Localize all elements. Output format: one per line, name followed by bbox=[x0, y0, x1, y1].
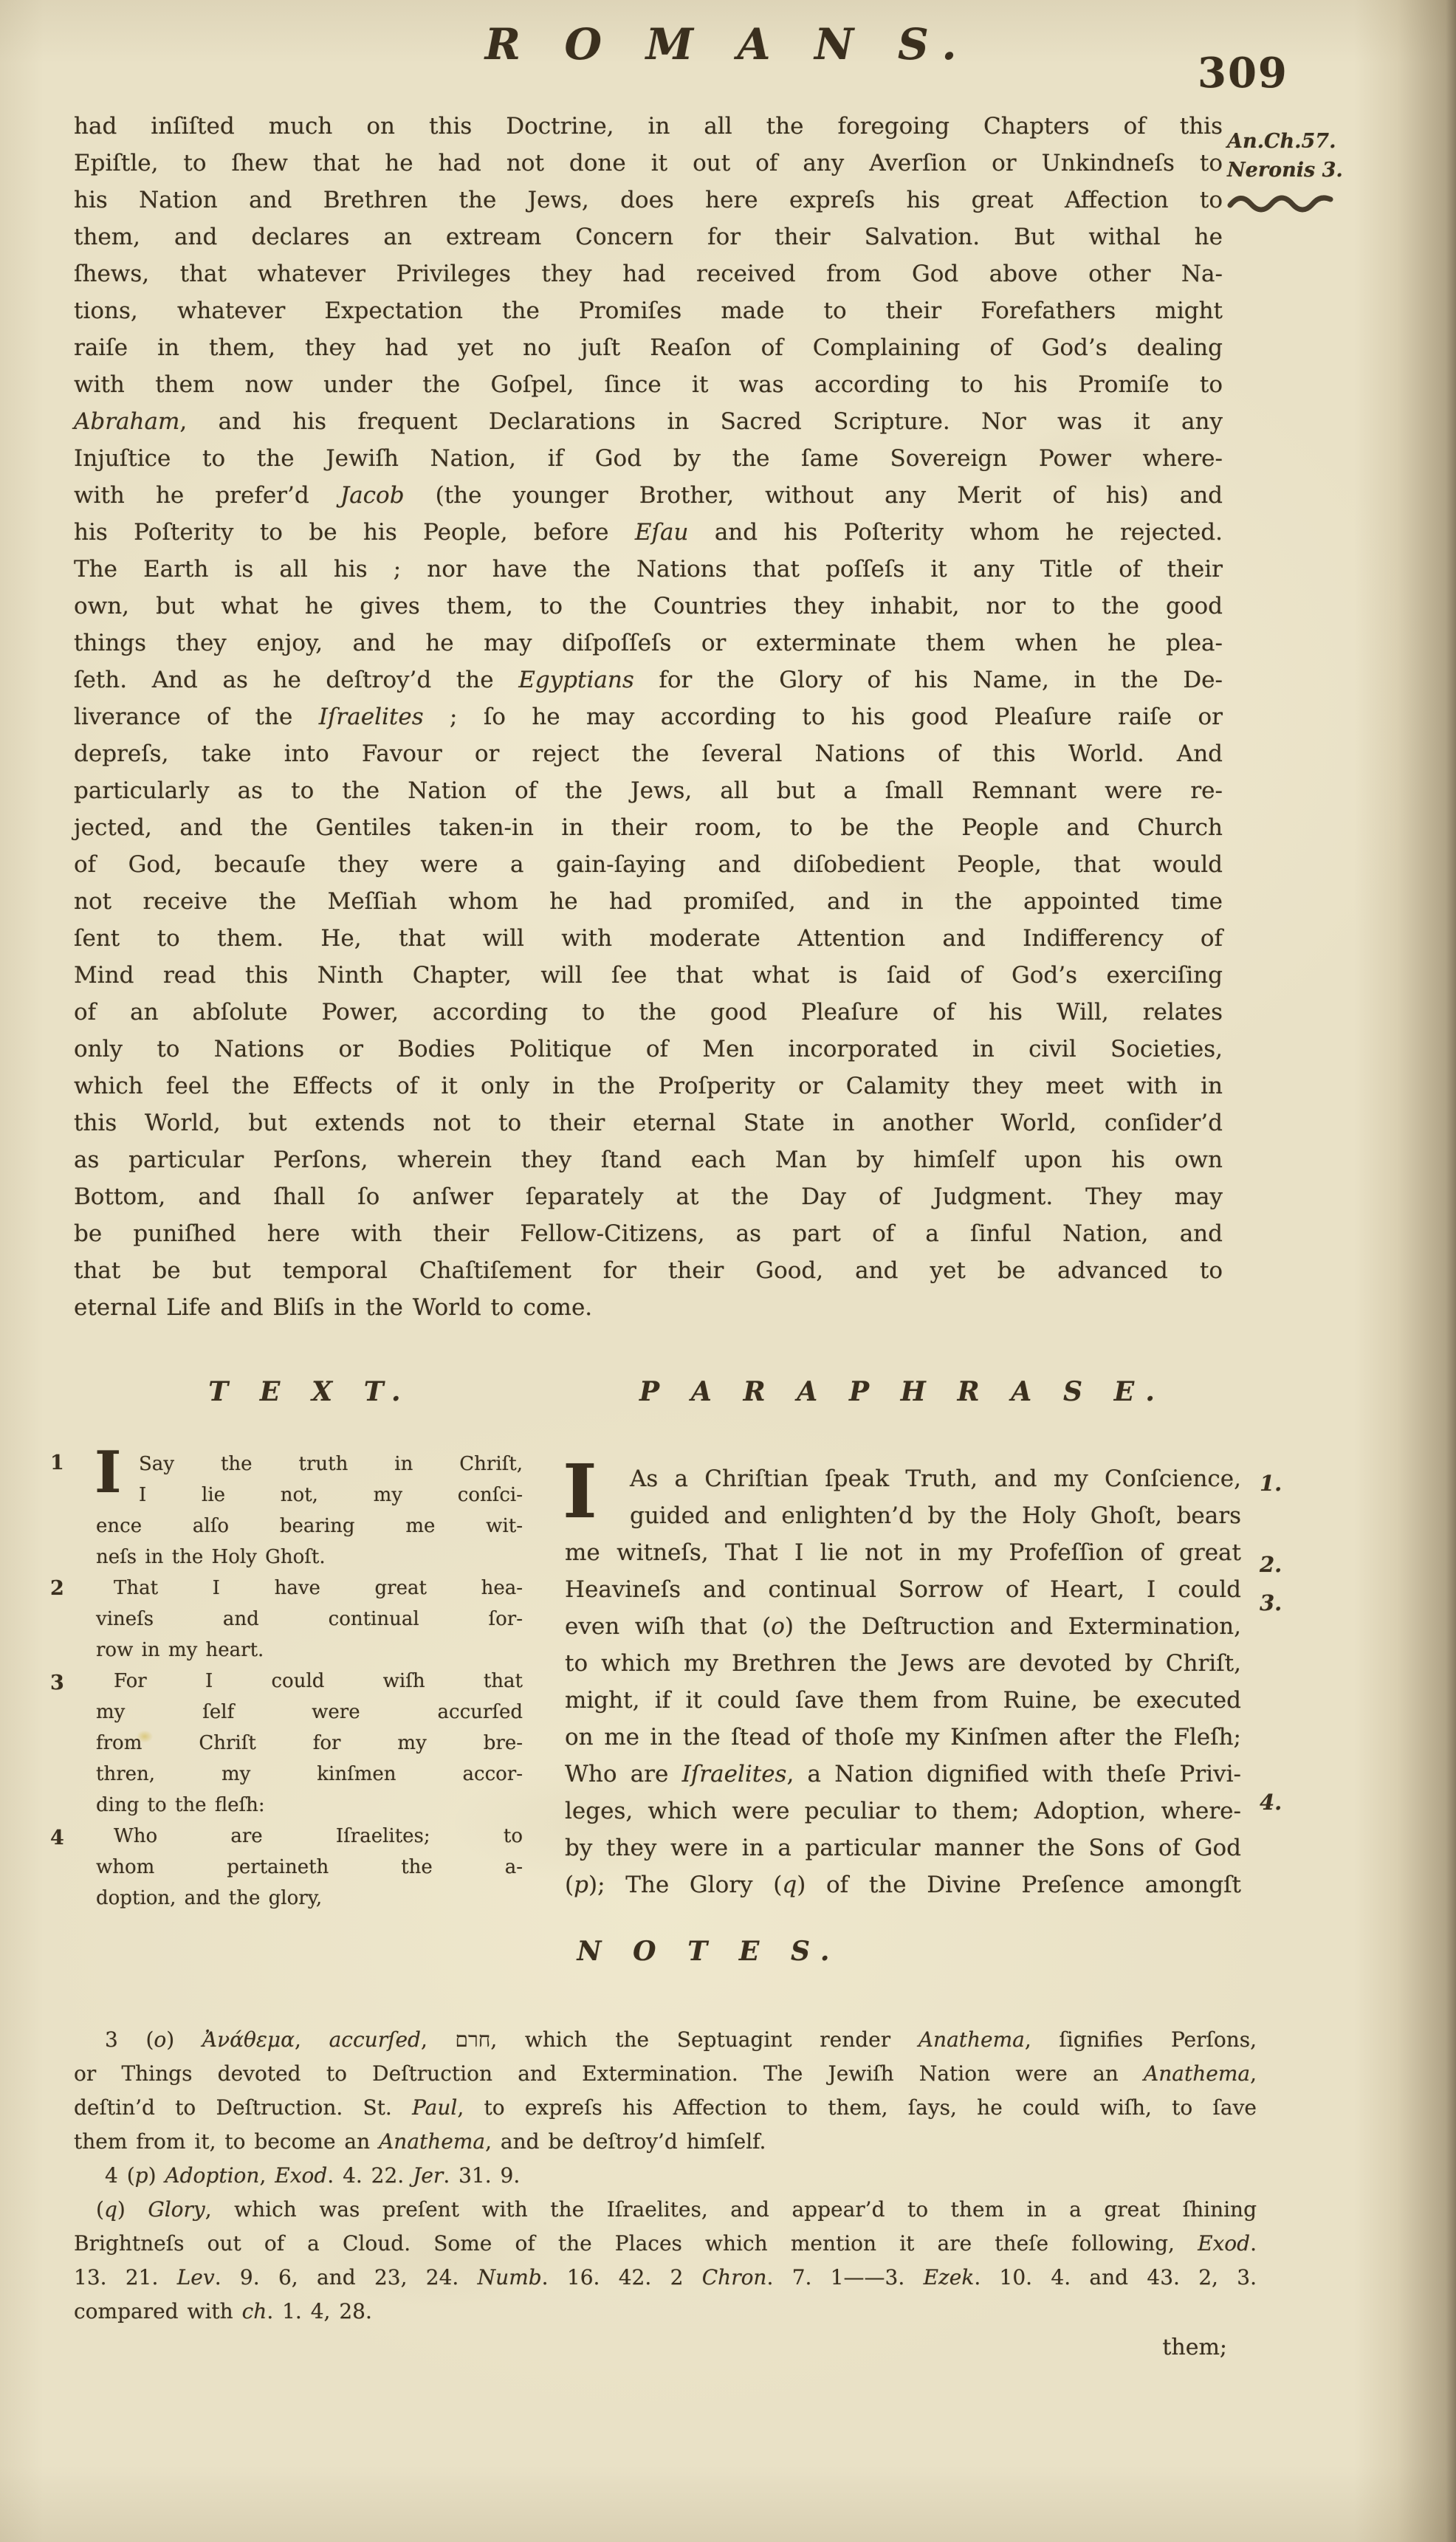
text-line: leges, which were peculiar to them; Adop… bbox=[565, 1793, 1241, 1830]
book-page: R O M A N S. 309 An.Ch.57. Neronis 3. ha… bbox=[0, 0, 1456, 2542]
text-line: I lie not, my conſci- bbox=[96, 1480, 523, 1511]
text-line: on me in the ſtead of thoſe my Kinſmen a… bbox=[565, 1719, 1241, 1756]
text-line: them, and declares an extream Concern fo… bbox=[74, 219, 1223, 255]
text-line: ſhews, that whatever Privileges they had… bbox=[74, 255, 1223, 292]
text-line: neſs in the Holy Ghoſt. bbox=[96, 1542, 523, 1573]
verse-number: 1 bbox=[50, 1452, 64, 1474]
verse-number: 2. bbox=[1260, 1552, 1282, 1577]
text-line: 13. 21. Lev. 9. 6, and 23, 24. Numb. 16.… bbox=[74, 2261, 1257, 2295]
text-line: which feel the Effects of it only in the… bbox=[74, 1068, 1223, 1105]
intro-paragraph: had inſiſted much on this Doctrine, in a… bbox=[74, 108, 1223, 1326]
verse-number: 3. bbox=[1260, 1590, 1282, 1615]
text-line: The Earth is all his ; nor have the Nati… bbox=[74, 551, 1223, 588]
text-line: Abraham, and his frequent Declarations i… bbox=[74, 403, 1223, 440]
text-line: Mind read this Ninth Chapter, will ſee t… bbox=[74, 957, 1223, 994]
text-line: Epiſtle, to ſhew that he had not done it… bbox=[74, 145, 1223, 182]
text-line: That I have great hea- bbox=[96, 1573, 523, 1604]
text-line: jected, and the Gentiles taken-in in the… bbox=[74, 809, 1223, 846]
text-line: with them now under the Goſpel, ſince it… bbox=[74, 366, 1223, 403]
text-line: even wiſh that (o) the Deſtruction and E… bbox=[565, 1608, 1241, 1645]
flourish-squiggle-icon bbox=[1226, 190, 1344, 219]
text-line: doption, and the glory, bbox=[96, 1883, 523, 1914]
text-line: 4 (p) Adoption, Exod. 4. 22. Jer. 31. 9. bbox=[74, 2159, 1257, 2193]
notes-block: 3 (o) Ἀνάθεμα, accurſed, חרם, which the … bbox=[74, 2023, 1257, 2329]
text-line: be puniſhed here with their Fellow-Citiz… bbox=[74, 1215, 1223, 1252]
text-line: Bottom, and ſhall ſo anſwer ſeparately a… bbox=[74, 1178, 1223, 1215]
verse-number: 4 bbox=[50, 1827, 64, 1849]
text-line: of God, becauſe they were a gain-ſaying … bbox=[74, 846, 1223, 883]
text-section-heading: T E X T. bbox=[96, 1376, 524, 1407]
text-line: particularly as to the Nation of the Jew… bbox=[74, 772, 1223, 809]
text-line: as particular Perſons, wherein they ſtan… bbox=[74, 1141, 1223, 1178]
margin-note-line1: An.Ch.57. bbox=[1227, 127, 1441, 156]
text-line: Who are Iſraelites; to bbox=[96, 1821, 523, 1852]
verse-number: 3 bbox=[50, 1672, 64, 1694]
text-line: from Chriſt for my bre- bbox=[96, 1728, 523, 1759]
text-line: Brightneſs out of a Cloud. Some of the P… bbox=[74, 2227, 1257, 2261]
text-line: by they were in a particular manner the … bbox=[565, 1830, 1241, 1866]
text-line: ſent to them. He, that will with moderat… bbox=[74, 920, 1223, 957]
notes-section-heading: N O T E S. bbox=[74, 1936, 1344, 1967]
text-line: with he prefer’d Jacob (the younger Brot… bbox=[74, 477, 1223, 514]
text-line: of an abſolute Power, according to the g… bbox=[74, 994, 1223, 1031]
text-line: them from it, to become an Anathema, and… bbox=[74, 2125, 1257, 2159]
text-line: Say the truth in Chriſt, bbox=[96, 1449, 523, 1480]
text-line: row in my heart. bbox=[96, 1635, 523, 1666]
verse-number: 4. bbox=[1260, 1790, 1282, 1815]
text-line: had inſiſted much on this Doctrine, in a… bbox=[74, 108, 1223, 145]
text-line: compared with ch. 1. 4, 28. bbox=[74, 2295, 1257, 2329]
text-line: his Poſterity to be his People, before E… bbox=[74, 514, 1223, 551]
text-line: (q) Glory, which was preſent with the Iſ… bbox=[74, 2193, 1257, 2227]
text-line: ding to the fleſh: bbox=[96, 1790, 523, 1821]
text-line: 3 (o) Ἀνάθεμα, accurſed, חרם, which the … bbox=[74, 2023, 1257, 2057]
text-line: vineſs and continual ſor- bbox=[96, 1604, 523, 1635]
text-line: guided and enlighten’d by the Holy Ghoſt… bbox=[565, 1497, 1241, 1534]
text-line: Who are Iſraelites, a Nation dignified w… bbox=[565, 1756, 1241, 1793]
paraphrase-column: As a Chriſtian ſpeak Truth, and my Conſc… bbox=[565, 1460, 1241, 1903]
text-line: Injuſtice to the Jewiſh Nation, if God b… bbox=[74, 440, 1223, 477]
margin-note: An.Ch.57. Neronis 3. bbox=[1227, 127, 1441, 185]
text-line: As a Chriſtian ſpeak Truth, and my Conſc… bbox=[565, 1460, 1241, 1497]
text-line: might, if it could ſave them from Ruine,… bbox=[565, 1682, 1241, 1719]
text-line: own, but what he gives them, to the Coun… bbox=[74, 588, 1223, 625]
text-line: thren, my kinſmen accor- bbox=[96, 1759, 523, 1790]
text-line: not receive the Meſſiah whom he had prom… bbox=[74, 883, 1223, 920]
text-line: whom pertaineth the a- bbox=[96, 1852, 523, 1883]
text-line: or Things devoted to Deſtruction and Ext… bbox=[74, 2057, 1257, 2091]
text-line: ſeth. And as he deſtroy’d the Egyptians … bbox=[74, 662, 1223, 698]
paraphrase-section-heading: P A R A P H R A S E. bbox=[565, 1376, 1240, 1407]
text-line: his Nation and Brethren the Jews, does h… bbox=[74, 182, 1223, 219]
text-line: things they enjoy, and he may diſpoſſeſs… bbox=[74, 625, 1223, 662]
page-number: 309 bbox=[1198, 49, 1345, 97]
text-line: eternal Life and Bliſs in the World to c… bbox=[74, 1289, 1223, 1326]
text-line: (p); The Glory (q) of the Divine Preſenc… bbox=[565, 1866, 1241, 1903]
text-line: my ſelf were accurſed bbox=[96, 1697, 523, 1728]
text-line: tions, whatever Expectation the Promiſes… bbox=[74, 292, 1223, 329]
text-line: Heavineſs and continual Sorrow of Heart,… bbox=[565, 1571, 1241, 1608]
verse-number: 2 bbox=[50, 1577, 64, 1600]
text-line: For I could wiſh that bbox=[96, 1666, 523, 1697]
text-line: that be but temporal Chaſtiſement for th… bbox=[74, 1252, 1223, 1289]
text-line: deſtin’d to Deſtruction. St. Paul, to ex… bbox=[74, 2091, 1257, 2125]
text-line: me witneſs, That I lie not in my Profeſſ… bbox=[565, 1534, 1241, 1571]
text-line: depreſs, take into Favour or reject the … bbox=[74, 735, 1223, 772]
margin-note-line2: Neronis 3. bbox=[1227, 156, 1441, 185]
text-line: to which my Brethren the Jews are devote… bbox=[565, 1645, 1241, 1682]
text-line: only to Nations or Bodies Politique of M… bbox=[74, 1031, 1223, 1068]
text-line: liverance of the Iſraelites ; ſo he may … bbox=[74, 698, 1223, 735]
verse-number: 1. bbox=[1260, 1471, 1282, 1496]
text-column: Say the truth in Chriſt,I lie not, my co… bbox=[96, 1449, 523, 1914]
text-line: this World, but extends not to their ete… bbox=[74, 1105, 1223, 1141]
text-line: raiſe in them, they had yet no juſt Reaſ… bbox=[74, 329, 1223, 366]
text-line: ence alſo bearing me wit- bbox=[96, 1511, 523, 1542]
catchword: them; bbox=[1034, 2335, 1227, 2360]
